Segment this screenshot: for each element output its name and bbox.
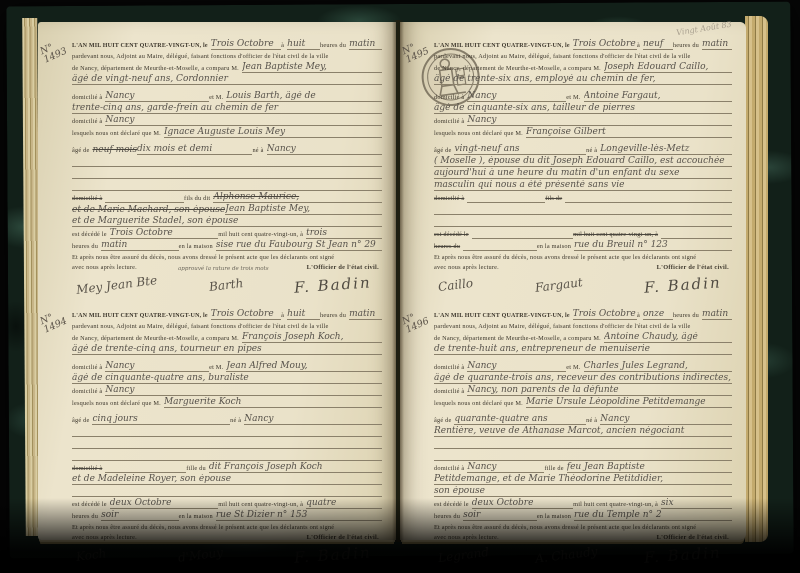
signature-witness: A. Chaudy xyxy=(535,544,599,566)
printed-label-filiation: fille du xyxy=(186,465,209,473)
printed-label: né à xyxy=(252,147,266,155)
handwritten-witness: Antoine Fargaut, xyxy=(584,91,732,102)
marginal-note: approuvé la rature de trois mots xyxy=(178,266,269,272)
handwritten-ampm: matin xyxy=(702,39,732,50)
signatures: Caillo Fargaut F. Badin xyxy=(434,272,732,298)
handwritten-age: vingt-neuf ans xyxy=(454,144,586,155)
printed-label: domicilié à xyxy=(72,364,105,372)
printed-label: âgé de xyxy=(434,147,454,155)
handwritten-ampm: matin xyxy=(349,309,382,320)
printed-label: pardevant nous, Adjoint au Maire, délégu… xyxy=(434,323,693,331)
handwritten-death-date: deux Octobre xyxy=(472,498,573,509)
handwritten-residence: Nancy xyxy=(105,91,209,102)
printed-closing: Et après nous être assuré du décès, nous… xyxy=(434,524,699,532)
handwritten-residence: Nancy xyxy=(105,115,382,126)
printed-label: âgé de xyxy=(72,417,92,425)
printed-label: L'AN MIL HUIT CENT QUATRE-VINGT-UN, le xyxy=(72,42,211,50)
printed-label: âgé de xyxy=(434,417,454,425)
printed-label: en la maison xyxy=(179,513,216,521)
gutter-shadow xyxy=(392,20,404,542)
signature-officer: F. Badin xyxy=(644,273,723,296)
handwritten-death-hour: trois xyxy=(306,228,382,239)
signature-declarant: Koch xyxy=(75,546,107,564)
record-date-line: L'AN MIL HUIT CENT QUATRE-VINGT-UN, le T… xyxy=(72,38,382,50)
handwritten-declarant: Jean Baptiste Mey, xyxy=(242,62,382,73)
handwritten-deceased-name: Marie Ursule Léopoldine Petitdemange xyxy=(526,397,732,408)
signatures: Koch d'Mouy F. Badin xyxy=(72,542,382,568)
printed-label: de Nancy, département de Meurthe-et-Mose… xyxy=(72,65,242,73)
printed-label: est décédé le xyxy=(72,501,110,509)
signature-declarant: Legrand xyxy=(437,545,489,565)
handwritten-death-house: sise rue du Faubourg St Jean n° 29 xyxy=(216,240,382,251)
handwritten-line: ( Moselle ), épouse du dit Joseph Edouar… xyxy=(434,156,732,167)
handwritten-witness-details: âgé de cinquante-six ans, tailleur de pi… xyxy=(434,103,732,114)
signature-officer: F. Badin xyxy=(644,543,723,566)
handwritten-parent xyxy=(434,226,732,227)
printed-label: domicilié à xyxy=(72,118,105,126)
handwritten-line: masculin qui nous a été présenté sans vi… xyxy=(434,180,732,191)
handwritten-line xyxy=(72,178,382,179)
handwritten-deceased-name: Françoise Gilbert xyxy=(526,127,732,138)
handwritten-birthplace: Nancy xyxy=(600,414,732,425)
printed-label: L'AN MIL HUIT CENT QUATRE-VINGT-UN, le xyxy=(434,312,573,320)
handwritten-declarant: Joseph Edouard Caillo, xyxy=(604,62,732,73)
handwritten-death-house: rue du Breuil n° 123 xyxy=(574,240,732,251)
handwritten-date: Trois Octobre xyxy=(211,39,281,50)
record-date-line: L'AN MIL HUIT CENT QUATRE-VINGT-UN, le T… xyxy=(434,308,732,320)
handwritten-parent: dit François Joseph Koch xyxy=(209,462,382,473)
handwritten-residence: Nancy xyxy=(467,91,566,102)
handwritten-parent xyxy=(434,214,732,215)
handwritten-line: Rentière, veuve de Athanase Marcot, anci… xyxy=(434,426,732,437)
handwritten-death-ampm: soir xyxy=(463,510,537,521)
signature-declarant: Mey Jean Bte xyxy=(75,273,157,297)
printed-label: L'AN MIL HUIT CENT QUATRE-VINGT-UN, le xyxy=(434,42,573,50)
printed-officer-label: L'Officier de l'état civil. xyxy=(307,264,382,272)
record-date-line: L'AN MIL HUIT CENT QUATRE-VINGT-UN, le T… xyxy=(434,38,732,50)
printed-label: pardevant nous, Adjoint au Maire, délégu… xyxy=(72,323,331,331)
handwritten-age: cinq jours xyxy=(92,414,230,425)
printed-label: heures du xyxy=(72,243,101,251)
handwritten-residence: Nancy xyxy=(467,115,732,126)
handwritten-parent: feu Jean Baptiste xyxy=(567,462,732,473)
handwritten-deceased-name: Marguerite Koch xyxy=(164,397,382,408)
handwritten-witness: Charles Jules Legrand, xyxy=(584,361,732,372)
printed-label: est décédé le xyxy=(434,501,472,509)
handwritten-death-date: deux Octobre xyxy=(110,498,218,509)
handwritten-parent: et de Madeleine Royer, son épouse xyxy=(72,474,382,485)
signature-officer: F. Badin xyxy=(294,543,373,566)
printed-label: heures du xyxy=(320,312,349,320)
death-record: N° 1496 L'AN MIL HUIT CENT QUATRE-VINGT-… xyxy=(434,308,732,568)
signatures: Mey Jean Bte Barth F. Badin xyxy=(72,272,382,298)
printed-label-filiation: fils de xyxy=(545,195,565,203)
handwritten-line: aujourd'hui à une heure du matin d'un en… xyxy=(434,168,732,179)
printed-label: né à xyxy=(230,417,244,425)
handwritten-parent: Jean Baptiste Mey, xyxy=(225,204,382,215)
printed-label: heures du xyxy=(434,243,463,251)
handwritten-date: Trois Octobre xyxy=(573,39,637,50)
printed-label: heures du xyxy=(320,42,349,50)
printed-label: est décédé le xyxy=(72,231,110,239)
printed-label: lesquels nous ont déclaré que M. xyxy=(434,130,526,138)
record-date-line: L'AN MIL HUIT CENT QUATRE-VINGT-UN, le T… xyxy=(72,308,382,320)
handwritten-declarant: François Joseph Koch, xyxy=(242,332,382,343)
handwritten-residence: Nancy xyxy=(105,361,209,372)
handwritten-line xyxy=(72,448,382,449)
printed-officer-label: L'Officier de l'état civil. xyxy=(307,534,382,542)
handwritten-declarant-details: de trente-huit ans, entrepreneur de menu… xyxy=(434,344,732,355)
death-record: N° 1495 L'AN MIL HUIT CENT QUATRE-VINGT-… xyxy=(434,38,732,298)
printed-label: heures du xyxy=(673,312,702,320)
printed-label: mil huit cent quatre-vingt-un, à xyxy=(218,231,306,239)
handwritten-death-house: rue St Dizier n° 153 xyxy=(216,510,382,521)
death-record: N° 1493 L'AN MIL HUIT CENT QUATRE-VINGT-… xyxy=(72,38,382,298)
printed-label: L'AN MIL HUIT CENT QUATRE-VINGT-UN, le xyxy=(72,312,211,320)
handwritten-residence xyxy=(105,202,184,203)
handwritten-hour: onze xyxy=(643,309,673,320)
handwritten-witness: Louis Barth, âgé de xyxy=(226,91,382,102)
printed-closing: avec nous après lecture. xyxy=(72,264,140,272)
handwritten-line xyxy=(434,448,732,449)
handwritten-death-date xyxy=(472,238,573,239)
handwritten-residence xyxy=(467,202,545,203)
printed-label: domicilié à xyxy=(434,364,467,372)
printed-label: et M. xyxy=(566,94,583,102)
printed-closing: avec nous après lecture. xyxy=(434,264,502,272)
right-page: Vingt Août 83 N° 1495 L'AN MIL HUIT CENT… xyxy=(400,22,746,540)
handwritten-hour: huit xyxy=(287,309,320,320)
printed-label: lesquels nous ont déclaré que M. xyxy=(434,400,526,408)
printed-label: âgé de xyxy=(72,147,92,155)
handwritten-hour: huit xyxy=(287,39,320,50)
printed-label: de Nancy, département de Meurthe-et-Mose… xyxy=(434,335,604,343)
handwritten-death-hour xyxy=(661,238,732,239)
printed-label: de Nancy, département de Meurthe-et-Mose… xyxy=(434,65,604,73)
printed-label: né à xyxy=(586,417,600,425)
handwritten-age: dix mois et demi xyxy=(137,144,252,155)
handwritten-parent-struck: et de Marie Machard, son épouse xyxy=(72,205,225,215)
handwritten-declarant: Antoine Chaudy, âgé xyxy=(604,332,732,343)
handwritten-death-ampm: soir xyxy=(101,510,179,521)
printed-label: mil huit cent quatre-vingt-un, à xyxy=(573,231,661,239)
printed-closing: avec nous après lecture. xyxy=(434,534,502,542)
printed-label: et M. xyxy=(209,364,226,372)
handwritten-witness-details: âgé de cinquante-quatre ans, buraliste xyxy=(72,373,382,384)
handwritten-death-hour: six xyxy=(661,498,732,509)
printed-label: né à xyxy=(586,147,600,155)
printed-officer-label: L'Officier de l'état civil. xyxy=(657,534,732,542)
signature-declarant: Caillo xyxy=(437,276,474,294)
printed-label: et M. xyxy=(209,94,226,102)
signature-witness: Barth xyxy=(208,276,244,294)
printed-label: mil huit cent quatre-vingt-un, à xyxy=(218,501,306,509)
handwritten-line xyxy=(72,190,382,191)
left-page: N° 1493 L'AN MIL HUIT CENT QUATRE-VINGT-… xyxy=(38,22,396,540)
handwritten-death-ampm xyxy=(463,250,537,251)
printed-officer-label: L'Officier de l'état civil. xyxy=(657,264,732,272)
printed-label: domicilié à xyxy=(434,388,467,396)
printed-label: lesquels nous ont déclaré que M. xyxy=(72,400,164,408)
death-record: N° 1494 L'AN MIL HUIT CENT QUATRE-VINGT-… xyxy=(72,308,382,568)
printed-closing: Et après nous être assuré du décès, nous… xyxy=(434,254,699,262)
handwritten-ampm: matin xyxy=(349,39,382,50)
handwritten-parent: Alphonse Maurice, xyxy=(213,192,382,203)
handwritten-date: Trois Octobre xyxy=(573,309,637,320)
printed-label-filiation: fils du dit xyxy=(184,195,213,203)
handwritten-residence: Nancy xyxy=(467,462,544,473)
handwritten-witness: Jean Alfred Mouy, xyxy=(226,361,382,372)
printed-label: et M. xyxy=(566,364,583,372)
printed-label: heures du xyxy=(434,513,463,521)
printed-label: lesquels nous ont déclaré que M. xyxy=(72,130,164,138)
printed-label: domicilié à xyxy=(72,465,105,473)
printed-label: domicilié à xyxy=(434,195,467,203)
handwritten-parent: son épouse xyxy=(434,486,732,497)
handwritten-age: quarante-quatre ans xyxy=(454,414,586,425)
handwritten-hour: neuf xyxy=(643,39,673,50)
handwritten-witness-details: trente-cinq ans, garde-frein au chemin d… xyxy=(72,103,382,114)
printed-label: en la maison xyxy=(537,513,574,521)
printed-label: domicilié à xyxy=(72,388,105,396)
printed-label: domicilié à xyxy=(434,465,467,473)
printed-label: mil huit cent quatre-vingt-un, à xyxy=(573,501,661,509)
handwritten-parent: Petitdemange, et de Marie Théodorine Pet… xyxy=(434,474,732,485)
signature-officer: F. Badin xyxy=(294,273,373,296)
handwritten-declarant-details: âgé de trente-six ans, employé au chemin… xyxy=(434,74,732,85)
register-photo: N° 1493 L'AN MIL HUIT CENT QUATRE-VINGT-… xyxy=(0,0,800,573)
handwritten-witness-details: âgé de quarante-trois ans, receveur des … xyxy=(434,373,732,384)
printed-label: pardevant nous, Adjoint au Maire, délégu… xyxy=(434,53,693,61)
handwritten-line xyxy=(72,436,382,437)
printed-label: domicilié à xyxy=(434,118,467,126)
handwritten-residence xyxy=(105,472,186,473)
printed-label: heures du xyxy=(673,42,702,50)
handwritten-declarant-details: âgé de vingt-neuf ans, Cordonnier xyxy=(72,74,382,85)
printed-label: est décédé le xyxy=(434,231,472,239)
printed-label: domicilié à xyxy=(72,94,105,102)
signature-witness: d'Mouy xyxy=(177,545,223,564)
handwritten-residence: Nancy, non parents de la défunte xyxy=(467,385,732,396)
handwritten-death-date: Trois Octobre xyxy=(110,228,218,239)
handwritten-death-ampm: matin xyxy=(101,240,179,251)
printed-label: de Nancy, département de Meurthe-et-Mose… xyxy=(72,335,242,343)
handwritten-birthplace: Nancy xyxy=(244,414,382,425)
handwritten-line xyxy=(434,460,732,461)
handwritten-birthplace: Nancy xyxy=(267,144,382,155)
handwritten-ampm: matin xyxy=(702,309,732,320)
printed-label: pardevant nous, Adjoint au Maire, délégu… xyxy=(72,53,331,61)
printed-closing: Et après nous être assuré du décès, nous… xyxy=(72,524,337,532)
handwritten-death-hour: quatre xyxy=(306,498,382,509)
handwritten-age-struck: neuf mois xyxy=(92,145,137,155)
printed-label: domicilié à xyxy=(72,195,105,203)
handwritten-death-house: rue du Temple n° 2 xyxy=(574,510,732,521)
printed-label: domicilié à xyxy=(434,94,467,102)
printed-label: en la maison xyxy=(537,243,574,251)
handwritten-deceased-name: Ignace Auguste Louis Mey xyxy=(164,127,382,138)
signature-witness: Fargaut xyxy=(534,275,583,295)
handwritten-line xyxy=(72,460,382,461)
handwritten-parent xyxy=(72,496,382,497)
handwritten-residence: Nancy xyxy=(467,361,566,372)
handwritten-parent: et de Marguerite Stadel, son épouse xyxy=(72,216,382,227)
handwritten-parent xyxy=(565,202,732,203)
handwritten-date: Trois Octobre xyxy=(211,309,281,320)
page-edges-right xyxy=(745,16,768,542)
printed-label: en la maison xyxy=(179,243,216,251)
handwritten-birthplace: Longeville-lès-Metz xyxy=(600,144,732,155)
handwritten-residence: Nancy xyxy=(105,385,382,396)
printed-closing: avec nous après lecture. xyxy=(72,534,140,542)
printed-label-filiation: fille de xyxy=(544,465,566,473)
handwritten-line xyxy=(72,166,382,167)
handwritten-declarant-details: âgé de trente-cinq ans, tourneur en pipe… xyxy=(72,344,382,355)
printed-closing: Et après nous être assuré du décès, nous… xyxy=(72,254,337,262)
signatures: Legrand A. Chaudy F. Badin xyxy=(434,542,732,568)
printed-label: heures du xyxy=(72,513,101,521)
